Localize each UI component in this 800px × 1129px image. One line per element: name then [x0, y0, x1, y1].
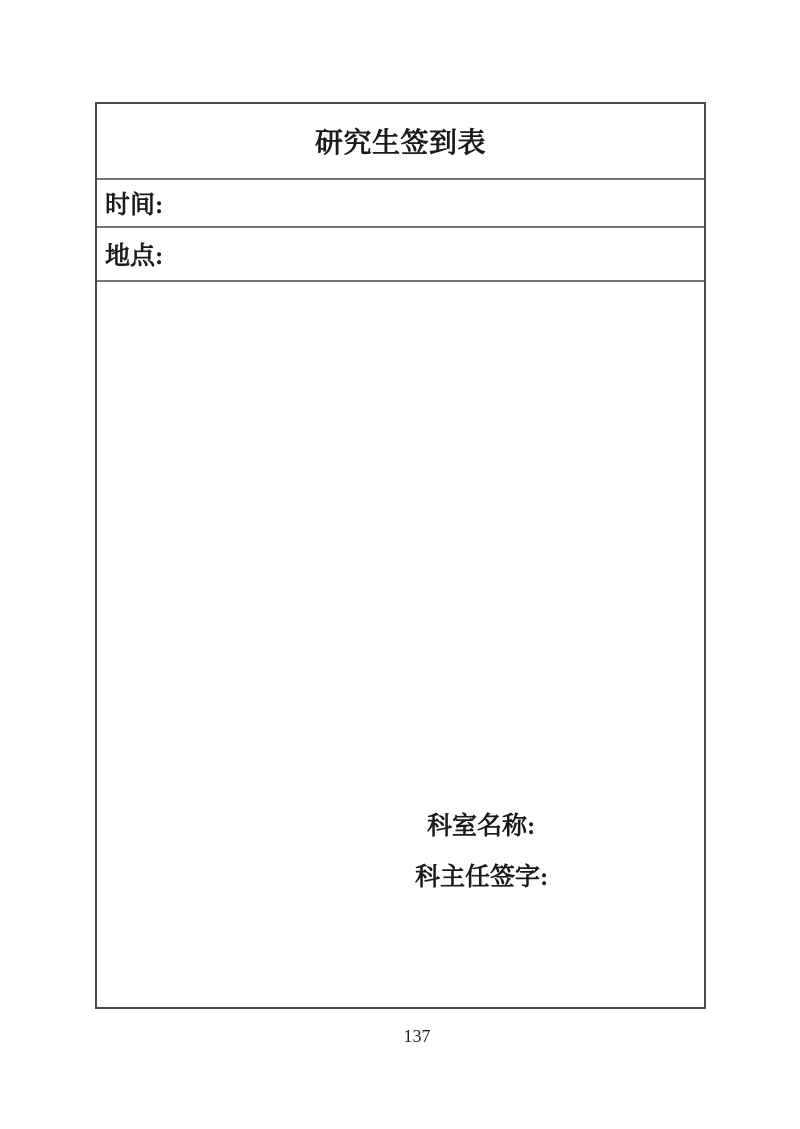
form-title: 研究生签到表: [315, 121, 486, 161]
table-title-row: 研究生签到表: [97, 104, 704, 180]
department-name-label: 科室名称:: [427, 813, 535, 841]
director-signature-label: 科主任签字:: [415, 864, 548, 892]
signin-blank-area: 科室名称: 科主任签字:: [97, 282, 704, 1007]
location-row: 地点:: [97, 228, 704, 282]
document-page: 研究生签到表 时间: 地点: 科室名称: 科主任签字: 137: [0, 0, 800, 1129]
signin-sheet-table: 研究生签到表 时间: 地点: 科室名称: 科主任签字:: [95, 102, 706, 1009]
page-number: 137: [0, 1026, 800, 1047]
time-label: 时间:: [105, 185, 163, 221]
time-row: 时间:: [97, 180, 704, 228]
location-label: 地点:: [105, 236, 163, 272]
